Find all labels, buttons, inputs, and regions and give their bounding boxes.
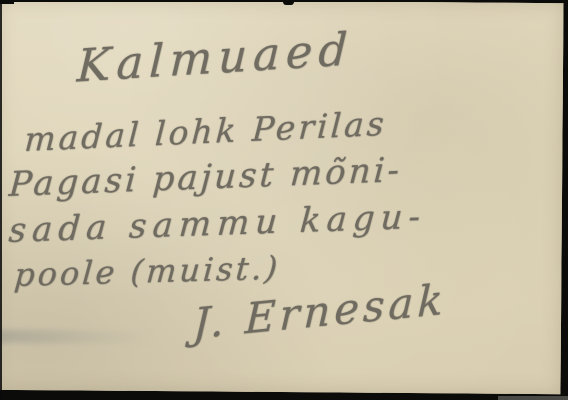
scan-artifact-top-notch	[283, 0, 294, 5]
note-line-1: madal lohk Perilas	[23, 104, 388, 159]
scan-artifact-top-left	[0, 0, 14, 4]
scanned-note: Kalmuaed madal lohk Perilas Pagasi pajus…	[0, 0, 568, 400]
note-title: Kalmuaed	[76, 22, 355, 92]
note-paper: Kalmuaed madal lohk Perilas Pagasi pajus…	[0, 0, 564, 394]
pencil-smudge	[0, 330, 155, 344]
scan-edge-left	[0, 0, 2, 400]
note-line-4: poole (muist.)	[13, 249, 282, 294]
note-line-2: Pagasi pajust mõni-	[8, 150, 404, 205]
scanner-bed-corner	[498, 396, 568, 400]
note-line-3: sada sammu kagu-	[7, 197, 427, 251]
